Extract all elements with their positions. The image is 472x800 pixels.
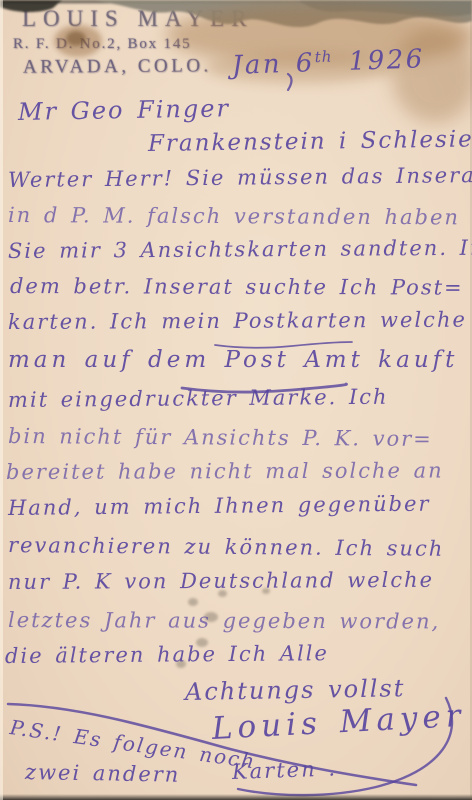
bottom-scan-edge <box>0 794 472 800</box>
date-year: 1926 <box>348 44 425 77</box>
ink-strokes <box>0 0 472 800</box>
postmark-speck <box>218 590 227 597</box>
postcard-scan: LOUIS MAYER R. F. D. No.2, Box 145 ARVAD… <box>0 0 472 800</box>
postmark-speck <box>204 612 218 622</box>
stain-blotch <box>66 31 86 46</box>
stain-blotch <box>392 28 472 123</box>
stain-blotch <box>205 52 395 84</box>
body-line: letztes Jahr aus gegeben worden, <box>8 608 440 634</box>
closing-line: Achtungs vollst <box>185 675 406 706</box>
body-line: Sie mir 3 Ansichtskarten sandten. In <box>8 236 472 263</box>
date-month-day: Jan 6 <box>231 48 315 81</box>
body-line: in d P. M. falsch verstanden haben da <box>8 203 472 230</box>
stamp-sender-name: LOUIS MAYER <box>22 6 253 32</box>
body-line: Werter Herr! Sie müssen das Inserat <box>8 163 472 192</box>
body-line: bin nicht für Ansichts P. K. vor= <box>8 424 433 451</box>
place-line: Frankenstein i Schlesien <box>148 126 472 157</box>
underline-stroke-postkarten <box>215 342 352 348</box>
body-line: karten. Ich mein Postkarten welche <box>8 308 467 335</box>
postmark-speck <box>188 598 198 606</box>
body-line: man auf dem Post Amt kauft <box>8 347 458 373</box>
recipient-line: Mr Geo Finger <box>18 95 230 126</box>
underline-stroke-post-amt <box>182 384 347 392</box>
stamp-sender-address: R. F. D. No.2, Box 145 <box>13 36 191 53</box>
stain-blotch <box>54 25 102 57</box>
stain-blotch <box>165 4 472 66</box>
ps-line-1: P.S.! Es folgen noch <box>8 716 257 773</box>
signature: Louis Mayer <box>211 699 466 748</box>
postmark-speck <box>196 638 208 647</box>
body-line: nur P. K von Deutschland welche <box>8 568 434 594</box>
stamp-sender-city: ARVADA, COLO. <box>23 55 212 78</box>
date-ordinal: th <box>314 47 332 66</box>
postmark-speck <box>176 660 186 668</box>
body-line: mit eingedruckter Marke. Ich <box>8 385 389 412</box>
body-line: bereitet habe nicht mal solche an <box>6 458 444 484</box>
top-edge-band <box>0 0 472 60</box>
body-line: revanchieren zu können. Ich such <box>8 533 445 561</box>
body-line: Hand, um mich Ihnen gegenüber <box>8 492 431 521</box>
ps-line-3: Karten . <box>232 756 338 784</box>
ps-line-2: zwei andern <box>25 760 181 787</box>
body-line: die älteren habe Ich Alle <box>5 641 329 668</box>
left-scan-edge <box>0 0 3 800</box>
postmark-speck <box>262 588 270 594</box>
signature-flourish <box>238 698 452 795</box>
date-ordinal-flick <box>288 74 292 90</box>
body-line: dem betr. Inserat suchte Ich Post= <box>10 274 464 300</box>
handwritten-date: Jan 6th1926 <box>231 45 425 82</box>
signature-flourish <box>8 704 416 785</box>
